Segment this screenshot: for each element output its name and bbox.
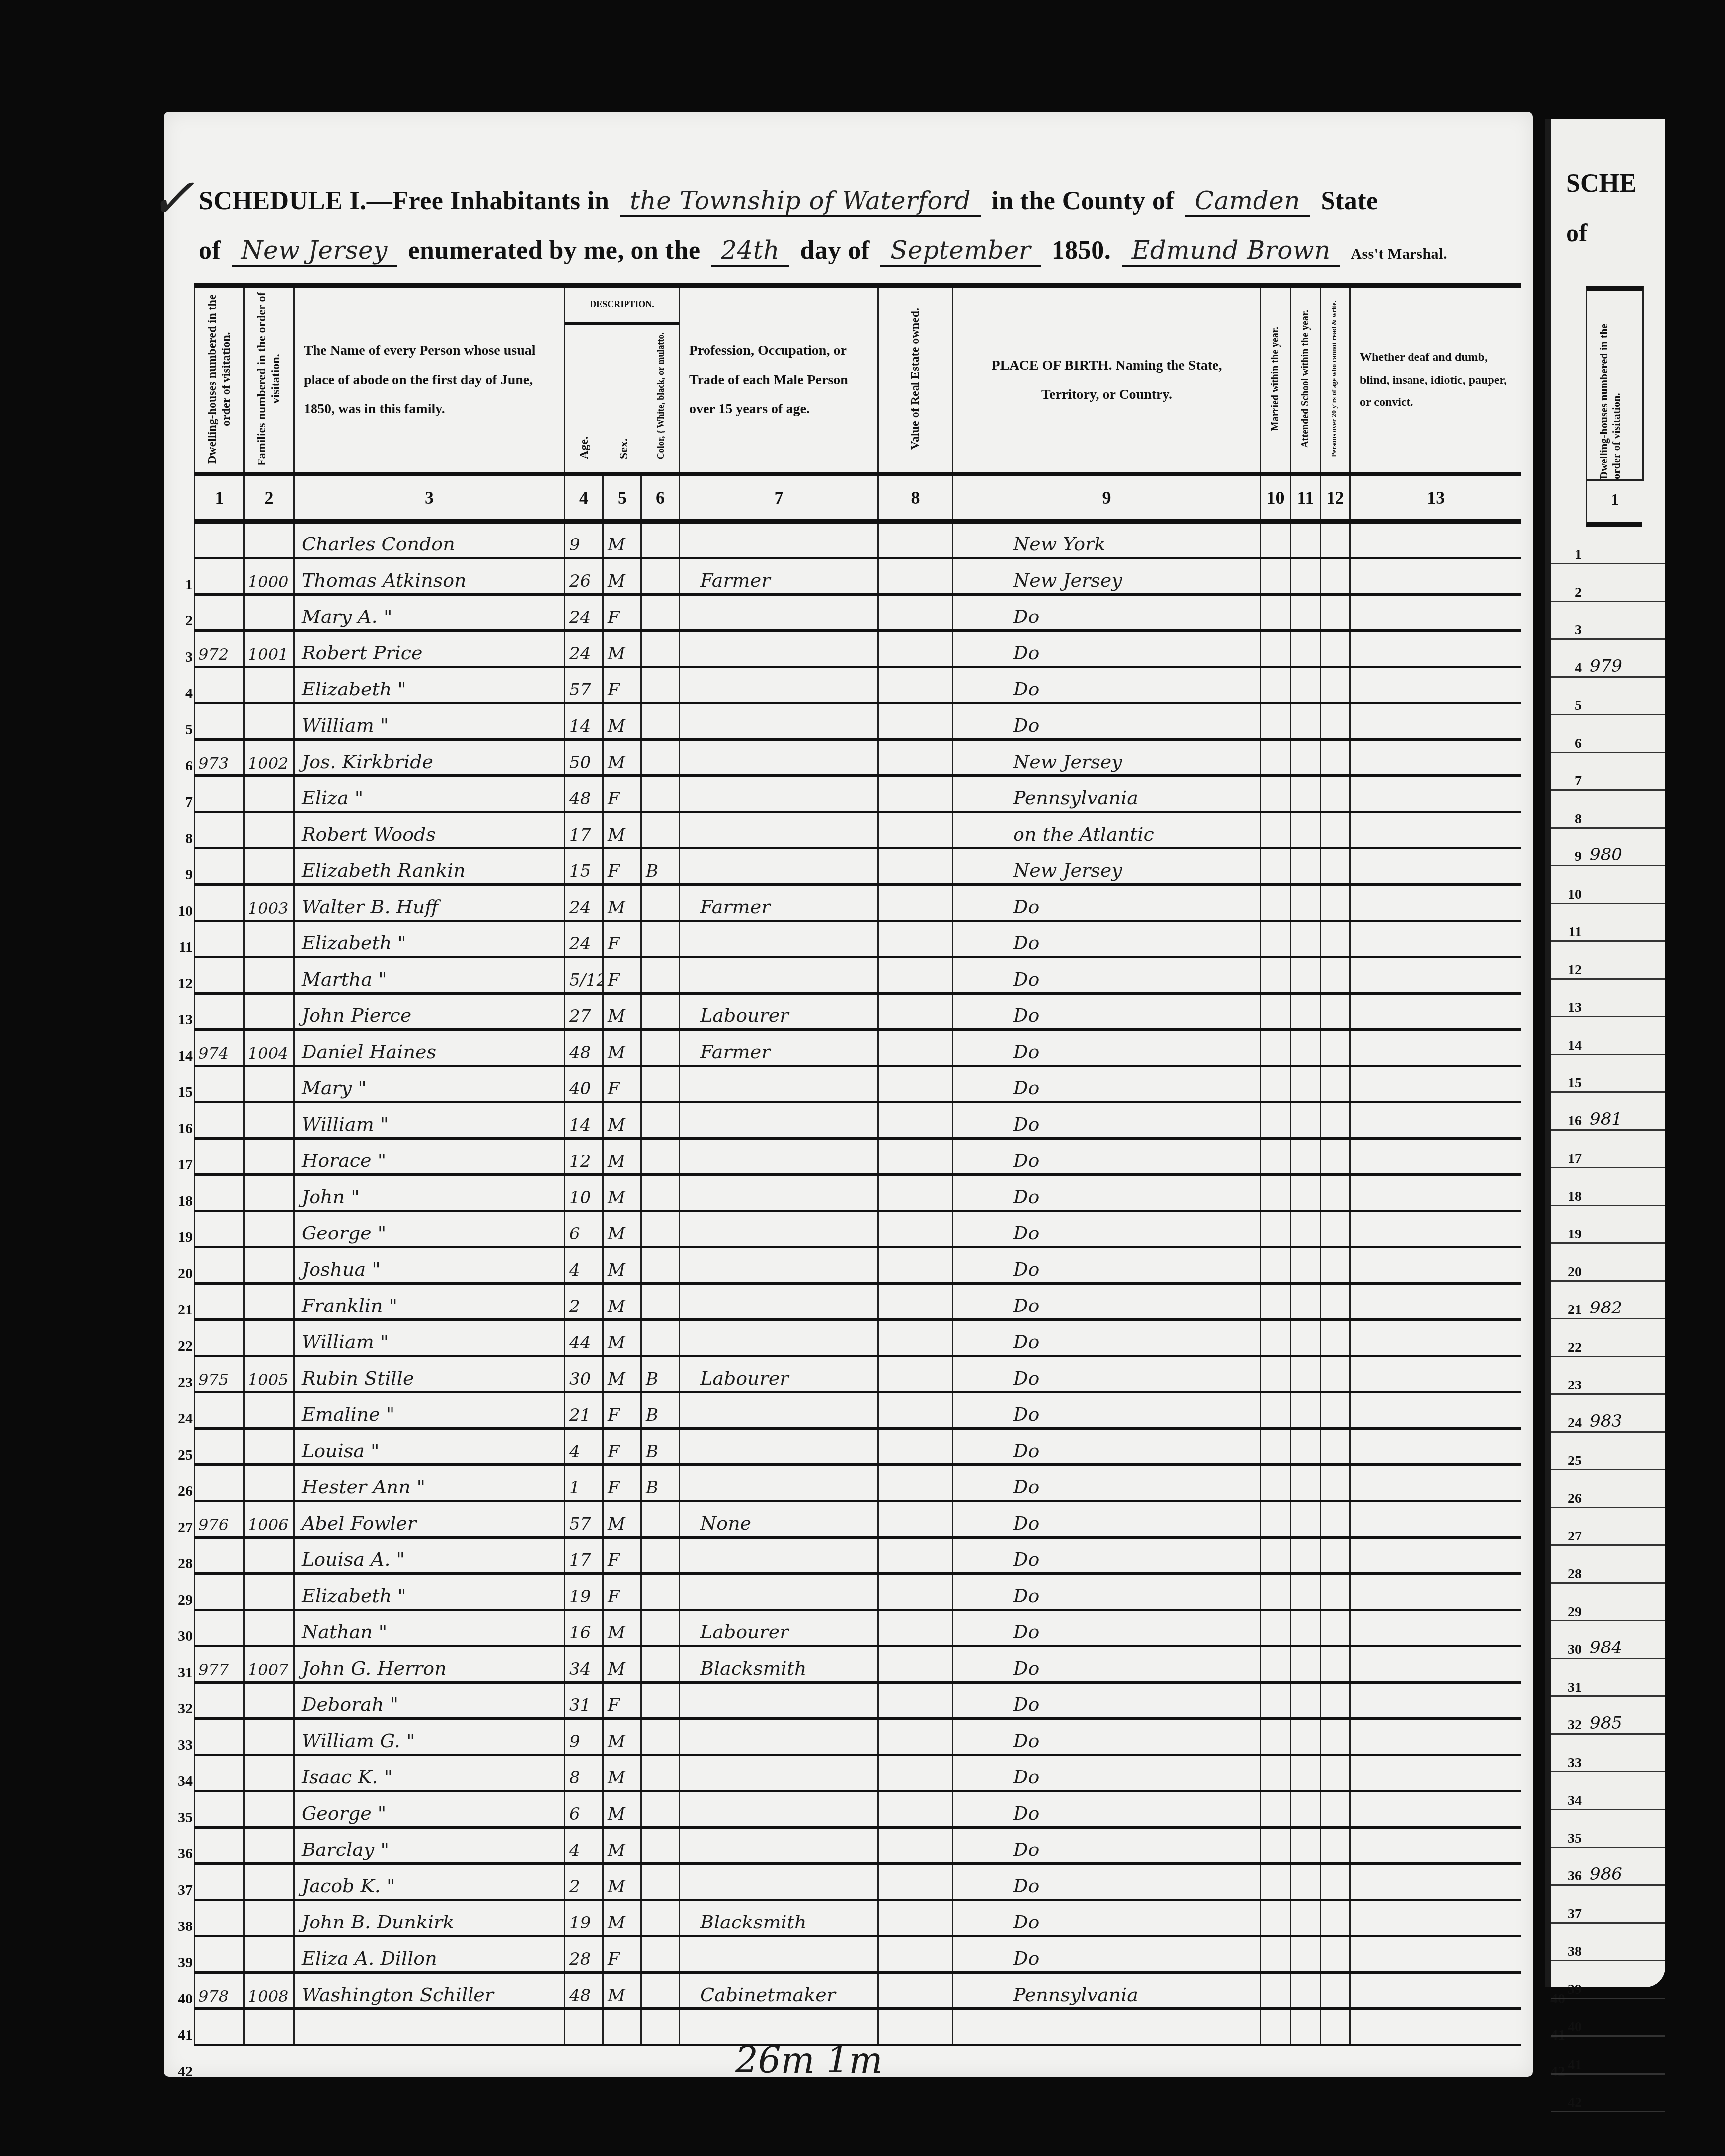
dwelling-number-cell	[195, 1102, 244, 1138]
person-name-cell: Robert Price	[294, 630, 565, 667]
table-row: William "44MDo	[195, 1319, 1521, 1356]
real-estate-value-cell	[878, 1863, 953, 1900]
married-within-year-cell	[1261, 1464, 1291, 1501]
next-page-row: 40	[1551, 1999, 1665, 2037]
attended-school-cell	[1291, 2008, 1321, 2045]
attended-school-cell	[1291, 1791, 1321, 1827]
sex-cell: M	[603, 993, 641, 1029]
birthplace-cell: Do	[953, 1610, 1261, 1646]
line-number: 37	[169, 1872, 193, 1908]
occupation-cell	[680, 594, 878, 630]
family-number-cell	[244, 1827, 294, 1863]
age-cell: 4	[565, 1428, 603, 1464]
attended-school-cell	[1291, 1646, 1321, 1682]
line-number: 3	[1551, 622, 1585, 638]
birthplace-cell: Do	[953, 667, 1261, 703]
footer-tally: 26m 1m	[735, 2039, 883, 2081]
person-name-cell: John G. Herron	[294, 1646, 565, 1682]
color-cell	[641, 1755, 680, 1791]
family-number-cell	[244, 1791, 294, 1827]
attended-school-cell	[1291, 1464, 1321, 1501]
person-name-cell: Hester Ann "	[294, 1464, 565, 1501]
line-number: 39	[169, 1944, 193, 1981]
line-number: 6	[169, 748, 193, 784]
person-name-cell: Thomas Atkinson	[294, 558, 565, 594]
person-name-cell: Rubin Stille	[294, 1356, 565, 1392]
dwelling-number-cell: 977	[195, 1646, 244, 1682]
line-number: 1	[169, 566, 193, 603]
attended-school-cell	[1291, 522, 1321, 558]
real-estate-value-cell	[878, 1573, 953, 1610]
occupation-cell	[680, 1319, 878, 1356]
sex-cell: M	[603, 1174, 641, 1211]
person-name-cell: Emaline "	[294, 1392, 565, 1428]
attended-school-cell	[1291, 1501, 1321, 1537]
dwelling-number-cell	[195, 775, 244, 812]
family-number-cell: 1000	[244, 558, 294, 594]
sex-cell: M	[603, 1863, 641, 1900]
line-number: 23	[169, 1364, 193, 1400]
person-name-cell: William "	[294, 1319, 565, 1356]
cannot-read-write-cell	[1321, 1827, 1350, 1863]
sex-cell: F	[603, 1936, 641, 1972]
real-estate-value-cell	[878, 1900, 953, 1936]
married-within-year-cell	[1261, 775, 1291, 812]
family-number-cell	[244, 1936, 294, 1972]
line-number: 27	[169, 1509, 193, 1545]
condition-cell	[1350, 848, 1521, 884]
table-row: 1003Walter B. Huff24MFarmerDo	[195, 884, 1521, 921]
birthplace-cell: Do	[953, 1247, 1261, 1283]
occupation-cell	[680, 1138, 878, 1174]
real-estate-value-cell	[878, 703, 953, 739]
married-within-year-cell	[1261, 1247, 1291, 1283]
married-within-year-cell	[1261, 1029, 1291, 1066]
next-page-rows: 1234979567899801011121314151698117181920…	[1551, 527, 1665, 2112]
line-number: 37	[1551, 1906, 1585, 1922]
attended-school-cell	[1291, 1900, 1321, 1936]
line-number: 20	[169, 1255, 193, 1292]
next-page-row: 10	[1551, 866, 1665, 904]
family-number-cell	[244, 703, 294, 739]
occupation-cell	[680, 1791, 878, 1827]
attended-school-cell	[1291, 1211, 1321, 1247]
table-row: John "10MDo	[195, 1174, 1521, 1211]
attended-school-cell	[1291, 1827, 1321, 1863]
dwelling-number-cell	[195, 848, 244, 884]
cannot-read-write-cell	[1321, 630, 1350, 667]
col-age-header: Age.	[578, 436, 592, 459]
married-within-year-cell	[1261, 884, 1291, 921]
attended-school-cell	[1291, 1102, 1321, 1138]
table-row: Eliza A. Dillon28FDo	[195, 1936, 1521, 1972]
table-row: George "6MDo	[195, 1791, 1521, 1827]
sex-cell: F	[603, 1392, 641, 1428]
line-number: 34	[1551, 1793, 1585, 1809]
age-cell: 10	[565, 1174, 603, 1211]
family-number-cell	[244, 1247, 294, 1283]
real-estate-value-cell	[878, 1102, 953, 1138]
condition-cell	[1350, 1718, 1521, 1755]
dwelling-number-cell	[195, 1283, 244, 1319]
occupation-cell	[680, 1573, 878, 1610]
real-estate-value-cell	[878, 957, 953, 993]
line-number: 38	[169, 1908, 193, 1944]
attended-school-cell	[1291, 1537, 1321, 1573]
family-number-cell	[244, 1319, 294, 1356]
person-name-cell: John B. Dunkirk	[294, 1900, 565, 1936]
color-cell	[641, 1827, 680, 1863]
family-number-cell	[244, 1138, 294, 1174]
birthplace-cell: Do	[953, 1356, 1261, 1392]
table-row: George "6MDo	[195, 1211, 1521, 1247]
cannot-read-write-cell	[1321, 1610, 1350, 1646]
birthplace-cell: on the Atlantic	[953, 812, 1261, 848]
real-estate-value-cell	[878, 1537, 953, 1573]
line-number: 14	[1551, 1038, 1585, 1054]
color-cell	[641, 1537, 680, 1573]
sex-cell: M	[603, 1791, 641, 1827]
birthplace-cell: Do	[953, 703, 1261, 739]
birthplace-cell: Do	[953, 1428, 1261, 1464]
real-estate-value-cell	[878, 630, 953, 667]
col-color-header: Color, { White, black, or mulatto.	[656, 332, 666, 459]
attended-school-cell	[1291, 703, 1321, 739]
title-text: in the County of	[992, 187, 1175, 215]
cannot-read-write-cell	[1321, 1791, 1350, 1827]
person-name-cell: Walter B. Huff	[294, 884, 565, 921]
cannot-read-write-cell	[1321, 522, 1350, 558]
cannot-read-write-cell	[1321, 812, 1350, 848]
line-number: 15	[169, 1074, 193, 1110]
cannot-read-write-cell	[1321, 1646, 1350, 1682]
table-row: Charles Condon9MNew York	[195, 522, 1521, 558]
line-number: 27	[1551, 1529, 1585, 1544]
table-row: Louisa "4FBDo	[195, 1428, 1521, 1464]
occupation-cell	[680, 1936, 878, 1972]
attended-school-cell	[1291, 1356, 1321, 1392]
married-within-year-cell	[1261, 1755, 1291, 1791]
next-page-row: 13	[1551, 980, 1665, 1017]
line-number: 10	[1551, 887, 1585, 903]
occupation-cell	[680, 1718, 878, 1755]
cannot-read-write-cell	[1321, 1501, 1350, 1537]
line-number: 22	[169, 1328, 193, 1364]
attended-school-cell	[1291, 594, 1321, 630]
next-page-row: 3	[1551, 602, 1665, 640]
line-number: 31	[169, 1654, 193, 1691]
birthplace-cell: Do	[953, 1755, 1261, 1791]
dwelling-number-cell: 972	[195, 630, 244, 667]
occupation-cell	[680, 1283, 878, 1319]
real-estate-value-cell	[878, 594, 953, 630]
dwelling-number-cell	[195, 1211, 244, 1247]
family-number-cell	[244, 921, 294, 957]
birthplace-cell: Do	[953, 1573, 1261, 1610]
line-number: 31	[1551, 1680, 1585, 1695]
condition-cell	[1350, 993, 1521, 1029]
sex-cell: M	[603, 1900, 641, 1936]
sex-cell: F	[603, 594, 641, 630]
next-page-row: 4979	[1551, 640, 1665, 678]
table-row: William "14MDo	[195, 1102, 1521, 1138]
attended-school-cell	[1291, 1247, 1321, 1283]
line-number: 11	[1551, 924, 1585, 940]
married-within-year-cell	[1261, 1936, 1291, 1972]
condition-cell	[1350, 1102, 1521, 1138]
dwelling-number-cell	[195, 993, 244, 1029]
next-page-row: 11	[1551, 904, 1665, 942]
title-text: State	[1321, 187, 1378, 215]
column-headers: Dwelling-houses numbered in the order of…	[195, 286, 1521, 474]
cannot-read-write-cell	[1321, 993, 1350, 1029]
age-cell: 19	[565, 1900, 603, 1936]
table-row: Elizabeth Rankin15FBNew Jersey	[195, 848, 1521, 884]
married-within-year-cell	[1261, 558, 1291, 594]
dwelling-number-cell	[195, 1791, 244, 1827]
line-number: 11	[169, 929, 193, 965]
cannot-read-write-cell	[1321, 1755, 1350, 1791]
table-row: William G. "9MDo	[195, 1718, 1521, 1755]
next-page-row: 19	[1551, 1206, 1665, 1244]
age-cell: 26	[565, 558, 603, 594]
sex-cell: F	[603, 957, 641, 993]
condition-cell	[1350, 1501, 1521, 1537]
person-name-cell: Louisa "	[294, 1428, 565, 1464]
family-number-cell	[244, 1573, 294, 1610]
occupation-cell: Blacksmith	[680, 1900, 878, 1936]
next-page-row: 22	[1551, 1319, 1665, 1357]
dwelling-number-cell: 976	[195, 1501, 244, 1537]
married-within-year-cell	[1261, 1102, 1291, 1138]
cannot-read-write-cell	[1321, 1573, 1350, 1610]
schedule-title-line-1: SCHEDULE I.—Free Inhabitants in the Town…	[199, 186, 1378, 217]
dwelling-number-cell: 978	[195, 1972, 244, 2008]
age-cell: 21	[565, 1392, 603, 1428]
sex-cell: M	[603, 1283, 641, 1319]
sex-cell: F	[603, 1066, 641, 1102]
line-number: 18	[1551, 1189, 1585, 1205]
color-cell	[641, 1682, 680, 1718]
line-number: 41	[1551, 2057, 1585, 2073]
age-cell: 44	[565, 1319, 603, 1356]
color-cell	[641, 1211, 680, 1247]
dwelling-number-annotation: 980	[1585, 845, 1622, 865]
cannot-read-write-cell	[1321, 1718, 1350, 1755]
line-number: 24	[169, 1400, 193, 1437]
dwelling-number-cell	[195, 667, 244, 703]
line-number: 1	[1551, 547, 1585, 563]
color-cell	[641, 1646, 680, 1682]
attended-school-cell	[1291, 1573, 1321, 1610]
col-real-estate-header: Value of Real Estate owned.	[878, 286, 953, 474]
age-cell: 17	[565, 1537, 603, 1573]
cannot-read-write-cell	[1321, 848, 1350, 884]
dwelling-number-cell	[195, 1247, 244, 1283]
dwelling-number-cell	[195, 957, 244, 993]
dwelling-number-cell	[195, 2008, 244, 2045]
birthplace-cell: New Jersey	[953, 848, 1261, 884]
col-number: 12	[1321, 474, 1350, 522]
color-cell: B	[641, 1464, 680, 1501]
occupation-cell: Labourer	[680, 993, 878, 1029]
col-dwelling-header: Dwelling-houses numbered in the order of…	[195, 286, 244, 474]
col-family-header: Families numbered in the order of visita…	[244, 286, 294, 474]
real-estate-value-cell	[878, 1464, 953, 1501]
table-row: Isaac K. "8MDo	[195, 1755, 1521, 1791]
married-within-year-cell	[1261, 1900, 1291, 1936]
real-estate-value-cell	[878, 1319, 953, 1356]
married-within-year-cell	[1261, 630, 1291, 667]
sex-cell: M	[603, 1211, 641, 1247]
person-name-cell: Barclay "	[294, 1827, 565, 1863]
table-row: 9741004Daniel Haines48MFarmerDo	[195, 1029, 1521, 1066]
age-cell: 8	[565, 1755, 603, 1791]
sex-cell: F	[603, 921, 641, 957]
table-row: Robert Woods17Mon the Atlantic	[195, 812, 1521, 848]
person-name-cell: Franklin "	[294, 1283, 565, 1319]
cannot-read-write-cell	[1321, 739, 1350, 775]
township-field: the Township of Waterford	[620, 186, 981, 217]
age-cell: 24	[565, 630, 603, 667]
sex-cell: M	[603, 1102, 641, 1138]
dwelling-number-cell	[195, 1718, 244, 1755]
real-estate-value-cell	[878, 1356, 953, 1392]
condition-cell	[1350, 884, 1521, 921]
schedule-title-line-2: of New Jersey enumerated by me, on the 2…	[199, 236, 1447, 267]
occupation-cell	[680, 921, 878, 957]
sex-cell: F	[603, 848, 641, 884]
dwelling-number-cell	[195, 1900, 244, 1936]
married-within-year-cell	[1261, 1356, 1291, 1392]
next-page-row: 36986	[1551, 1848, 1665, 1886]
color-cell	[641, 921, 680, 957]
birthplace-cell: Do	[953, 884, 1261, 921]
real-estate-value-cell	[878, 1174, 953, 1211]
family-number-cell	[244, 1283, 294, 1319]
condition-cell	[1350, 667, 1521, 703]
cannot-read-write-cell	[1321, 1029, 1350, 1066]
line-number: 30	[169, 1618, 193, 1654]
family-number-cell: 1004	[244, 1029, 294, 1066]
color-cell: B	[641, 1392, 680, 1428]
family-number-cell: 1008	[244, 1972, 294, 2008]
married-within-year-cell	[1261, 1174, 1291, 1211]
line-number: 23	[1551, 1378, 1585, 1393]
next-page-row: 1	[1551, 527, 1665, 564]
age-cell: 15	[565, 848, 603, 884]
line-number: 28	[1551, 1566, 1585, 1582]
line-number: 15	[1551, 1076, 1585, 1091]
cannot-read-write-cell	[1321, 1863, 1350, 1900]
person-name-cell: George "	[294, 1791, 565, 1827]
sex-cell: M	[603, 1319, 641, 1356]
next-page-row: 20	[1551, 1244, 1665, 1282]
condition-cell	[1350, 812, 1521, 848]
sex-cell: M	[603, 1972, 641, 2008]
cannot-read-write-cell	[1321, 1900, 1350, 1936]
sex-cell: F	[603, 1464, 641, 1501]
col-number: 2	[244, 474, 294, 522]
day-field: 24th	[711, 236, 789, 267]
married-within-year-cell	[1261, 1972, 1291, 2008]
dwelling-number-cell	[195, 522, 244, 558]
color-cell	[641, 1573, 680, 1610]
age-cell: 12	[565, 1138, 603, 1174]
attended-school-cell	[1291, 630, 1321, 667]
person-name-cell: Jos. Kirkbride	[294, 739, 565, 775]
birthplace-cell: Do	[953, 1392, 1261, 1428]
person-name-cell: Martha "	[294, 957, 565, 993]
line-number: 33	[169, 1727, 193, 1763]
occupation-cell: None	[680, 1501, 878, 1537]
table-row: Deborah "31FDo	[195, 1682, 1521, 1718]
condition-cell	[1350, 1356, 1521, 1392]
cannot-read-write-cell	[1321, 775, 1350, 812]
birthplace-cell: Do	[953, 1791, 1261, 1827]
col-birthplace-header: PLACE OF BIRTH. Naming the State, Territ…	[953, 286, 1261, 474]
cannot-read-write-cell	[1321, 594, 1350, 630]
condition-cell	[1350, 1211, 1521, 1247]
next-page-row: 5	[1551, 678, 1665, 715]
line-number: 5	[169, 711, 193, 748]
sex-cell: M	[603, 812, 641, 848]
attended-school-cell	[1291, 667, 1321, 703]
family-number-cell	[244, 1755, 294, 1791]
line-number: 24	[1551, 1415, 1585, 1431]
sex-cell: M	[603, 1610, 641, 1646]
color-cell	[641, 594, 680, 630]
attended-school-cell	[1291, 1392, 1321, 1428]
line-number: 12	[169, 965, 193, 1001]
condition-cell	[1350, 1174, 1521, 1211]
occupation-cell	[680, 739, 878, 775]
age-cell	[565, 2008, 603, 2045]
age-cell: 1	[565, 1464, 603, 1501]
cannot-read-write-cell	[1321, 1682, 1350, 1718]
real-estate-value-cell	[878, 1283, 953, 1319]
cannot-read-write-cell	[1321, 703, 1350, 739]
person-name-cell: Elizabeth "	[294, 667, 565, 703]
color-cell	[641, 1900, 680, 1936]
line-number: 42	[1551, 2095, 1585, 2111]
col-sex-header: Sex.	[617, 438, 631, 459]
line-number: 35	[1551, 1831, 1585, 1847]
married-within-year-cell	[1261, 1646, 1291, 1682]
cannot-read-write-cell	[1321, 1211, 1350, 1247]
line-number: 25	[169, 1437, 193, 1473]
dwelling-number-annotation: 983	[1585, 1411, 1622, 1431]
real-estate-value-cell	[878, 739, 953, 775]
occupation-cell: Farmer	[680, 558, 878, 594]
line-number: 36	[1551, 1868, 1585, 1884]
age-cell: 57	[565, 1501, 603, 1537]
attended-school-cell	[1291, 848, 1321, 884]
cannot-read-write-cell	[1321, 1936, 1350, 1972]
real-estate-value-cell	[878, 1646, 953, 1682]
color-cell	[641, 522, 680, 558]
age-cell: 40	[565, 1066, 603, 1102]
dwelling-number-annotation: 986	[1585, 1864, 1622, 1884]
line-number: 20	[1551, 1264, 1585, 1280]
birthplace-cell: Do	[953, 1138, 1261, 1174]
dwelling-number-cell	[195, 1464, 244, 1501]
family-number-cell	[244, 667, 294, 703]
occupation-cell	[680, 1247, 878, 1283]
real-estate-value-cell	[878, 884, 953, 921]
family-number-cell	[244, 1211, 294, 1247]
married-within-year-cell	[1261, 522, 1291, 558]
